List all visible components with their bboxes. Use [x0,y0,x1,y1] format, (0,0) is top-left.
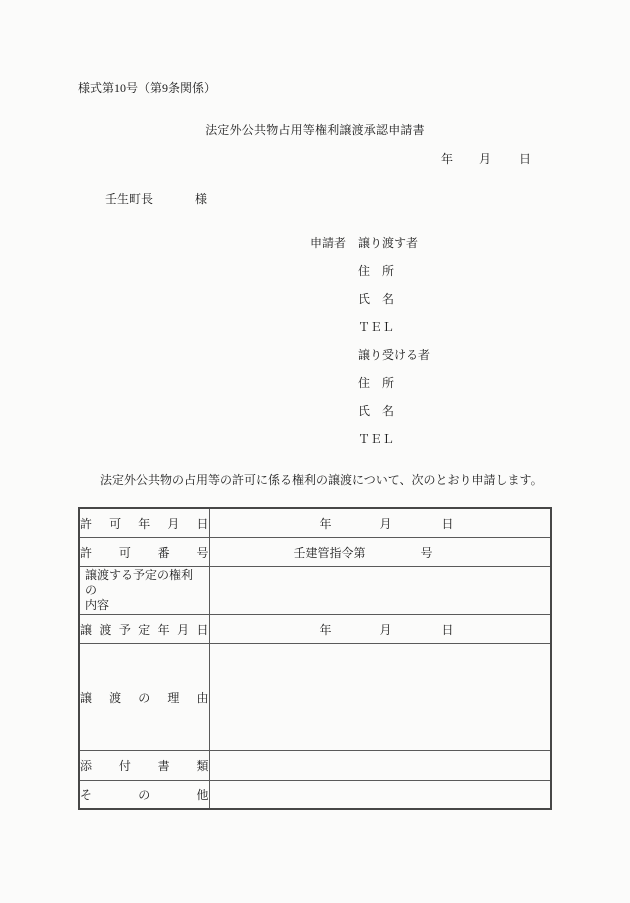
table-row-permit-date: 許可年月日 年月日 [79,508,551,538]
permit-table: 許可年月日 年月日 許可番号 壬建管指令第号 譲渡する予定の権利の 内容 [78,507,552,810]
table-row-rights-content: 譲渡する予定の権利の 内容 [79,567,551,615]
row-label-other: その他 [79,781,209,810]
row-label-rights-content: 譲渡する予定の権利の 内容 [79,567,209,615]
row-label-transfer-date: 譲渡予定年月日 [79,615,209,644]
row-value-permit-date: 年月日 [209,508,551,538]
transferor-tel-field: ＴＥＬ [310,313,430,341]
table-row-other: その他 [79,781,551,810]
table-row-permit-number: 許可番号 壬建管指令第号 [79,538,551,567]
row-label-transfer-reason: 譲渡の理由 [79,644,209,751]
value-part-permit-suffix: 号 [421,546,433,560]
day-label: 日 [519,152,531,166]
applicant-label: 申請者 [310,236,346,250]
transferor-address-field: 住 所 [310,257,430,285]
value-part-month: 月 [380,517,392,531]
application-form-page: 様式第10号（第9条関係） 法定外公共物占用等権利譲渡承認申請書 年月日 壬生町… [0,0,630,903]
row-label-permit-number: 許可番号 [79,538,209,567]
row-value-other [209,781,551,810]
value-part-day: 日 [442,517,454,531]
transferee-address-field: 住 所 [310,369,430,397]
transferor-heading: 譲り渡す者 [358,236,418,250]
transferee-heading: 譲り受ける者 [310,341,430,369]
row-label-permit-date: 許可年月日 [79,508,209,538]
applicant-transferor-line: 申請者譲り渡す者 [310,229,430,257]
addressee-name: 壬生町長 [105,192,153,206]
addressee-honorific: 様 [195,192,207,206]
value-part-day: 日 [442,623,454,637]
table-row-transfer-reason: 譲渡の理由 [79,644,551,751]
value-part-month: 月 [380,623,392,637]
row-value-transfer-date: 年月日 [209,615,551,644]
row-value-rights-content [209,567,551,615]
addressee-line: 壬生町長様 [105,190,207,207]
applicant-block: 申請者譲り渡す者 住 所 氏 名 ＴＥＬ 譲り受ける者 住 所 氏 名 ＴＥＬ [310,229,430,453]
year-label: 年 [441,152,453,166]
table-row-transfer-date: 譲渡予定年月日 年月日 [79,615,551,644]
application-statement: 法定外公共物の占用等の許可に係る権利の譲渡について、次のとおり申請します。 [100,471,543,488]
transferee-tel-field: ＴＥＬ [310,425,430,453]
page-title: 法定外公共物占用等権利譲渡承認申請書 [0,121,630,138]
table-row-attachments: 添付書類 [79,751,551,781]
value-part-permit-prefix: 壬建管指令第 [294,546,366,560]
transferor-name-field: 氏 名 [310,285,430,313]
row-label-attachments: 添付書類 [79,751,209,781]
row-value-permit-number: 壬建管指令第号 [209,538,551,567]
value-part-year: 年 [320,517,332,531]
transferee-name-field: 氏 名 [310,397,430,425]
row-value-attachments [209,751,551,781]
header-date: 年月日 [441,150,531,167]
row-value-transfer-reason [209,644,551,751]
month-label: 月 [479,152,491,166]
form-number: 様式第10号（第9条関係） [78,79,216,96]
value-part-year: 年 [320,623,332,637]
